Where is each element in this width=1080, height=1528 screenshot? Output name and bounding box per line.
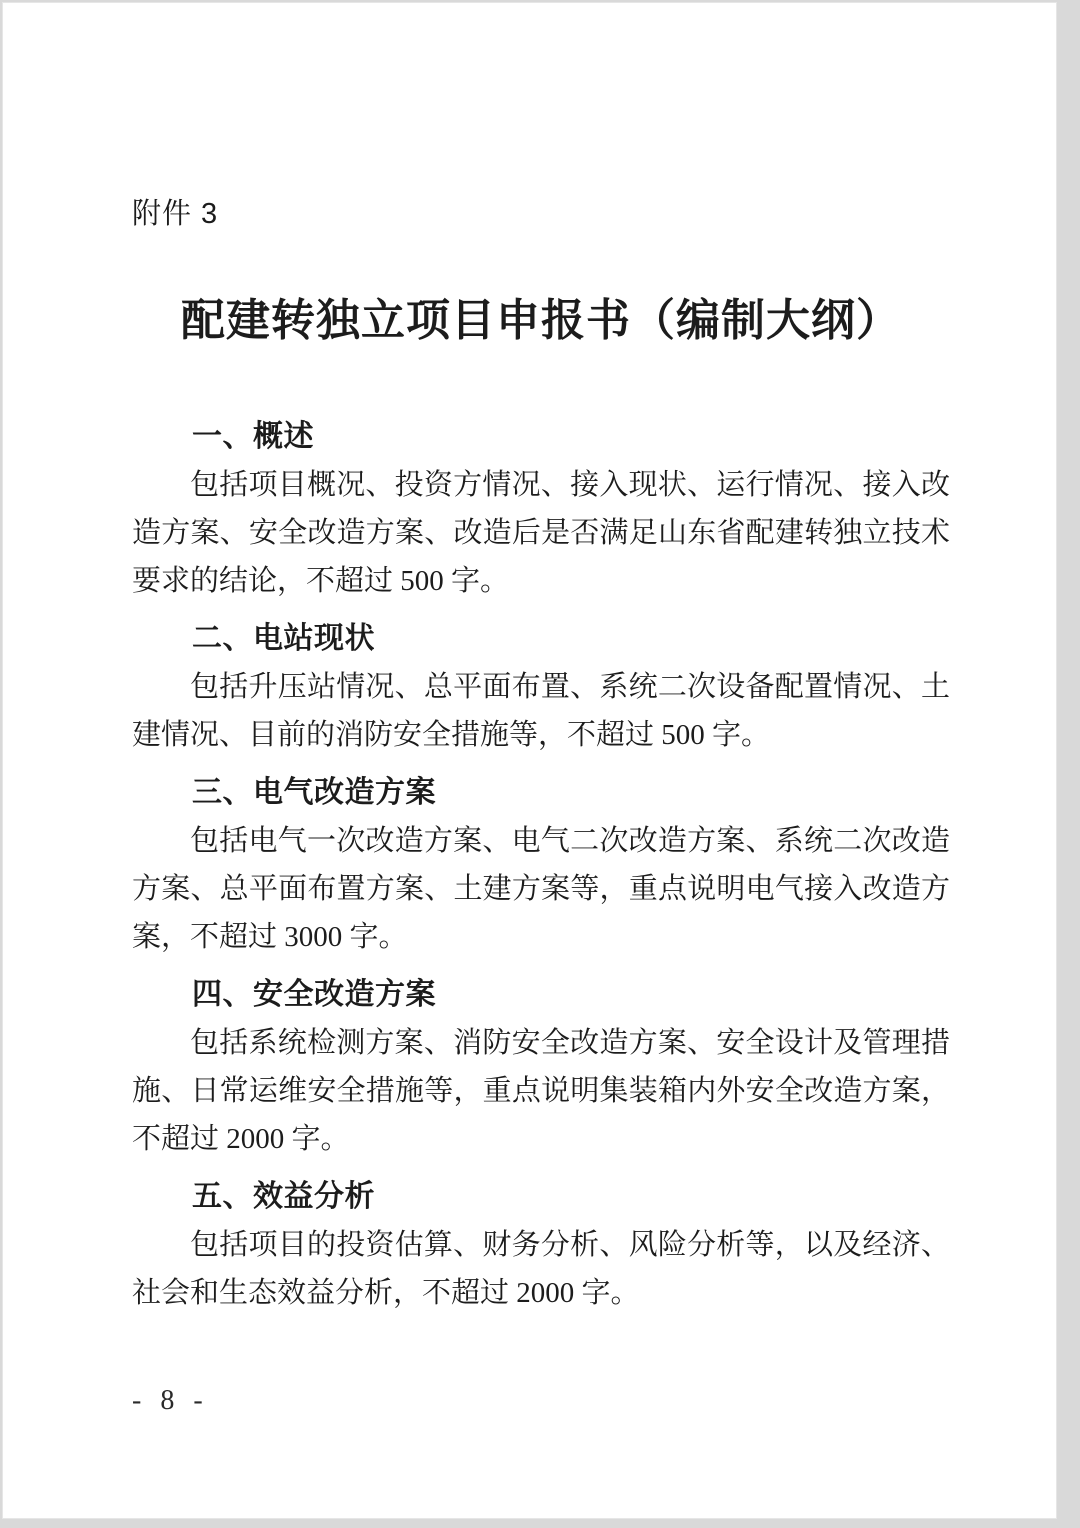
attachment-label: 附件 3 [132, 193, 950, 235]
section-overview: 一、概述 包括项目概况、投资方情况、接入现状、运行情况、接入改造方案、安全改造方… [132, 413, 950, 605]
section-body: 包括项目的投资估算、财务分析、风险分析等，以及经济、社会和生态效益分析，不超过 … [132, 1221, 950, 1317]
section-heading: 一、概述 [132, 413, 950, 461]
section-heading: 二、电站现状 [132, 615, 950, 663]
section-benefit-analysis: 五、效益分析 包括项目的投资估算、财务分析、风险分析等，以及经济、社会和生态效益… [132, 1173, 950, 1317]
section-list: 一、概述 包括项目概况、投资方情况、接入现状、运行情况、接入改造方案、安全改造方… [132, 413, 950, 1317]
section-heading: 五、效益分析 [132, 1173, 950, 1221]
section-body: 包括电气一次改造方案、电气二次改造方案、系统二次改造方案、总平面布置方案、土建方… [132, 817, 950, 961]
document-title: 配建转独立项目申报书（编制大纲） [132, 293, 950, 349]
page-number: - 8 - [132, 1385, 209, 1417]
section-body: 包括项目概况、投资方情况、接入现状、运行情况、接入改造方案、安全改造方案、改造后… [132, 461, 950, 605]
section-heading: 三、电气改造方案 [132, 769, 950, 817]
document-page: 附件 3 配建转独立项目申报书（编制大纲） 一、概述 包括项目概况、投资方情况、… [2, 2, 1057, 1519]
document-content: 附件 3 配建转独立项目申报书（编制大纲） 一、概述 包括项目概况、投资方情况、… [3, 193, 950, 1317]
section-electrical-plan: 三、电气改造方案 包括电气一次改造方案、电气二次改造方案、系统二次改造方案、总平… [132, 769, 950, 961]
section-heading: 四、安全改造方案 [132, 971, 950, 1019]
section-safety-plan: 四、安全改造方案 包括系统检测方案、消防安全改造方案、安全设计及管理措施、日常运… [132, 971, 950, 1163]
section-body: 包括升压站情况、总平面布置、系统二次设备配置情况、土建情况、目前的消防安全措施等… [132, 663, 950, 759]
section-body: 包括系统检测方案、消防安全改造方案、安全设计及管理措施、日常运维安全措施等，重点… [132, 1019, 950, 1163]
section-station-status: 二、电站现状 包括升压站情况、总平面布置、系统二次设备配置情况、土建情况、目前的… [132, 615, 950, 759]
